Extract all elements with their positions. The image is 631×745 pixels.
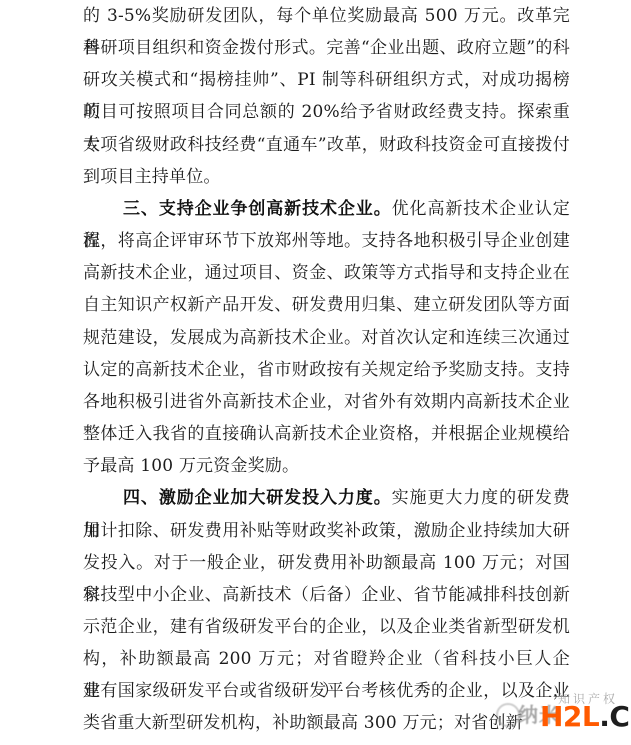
- text-line: 科研项目组织和资金拨付形式。完善“企业出题、政府立题”的科: [83, 32, 570, 64]
- text-line: 发投入。对于一般企业，研发费用补助额最高 100 万元；对国家: [83, 547, 570, 579]
- section-heading: 三、支持企业争创高新技术企业。: [123, 199, 392, 219]
- text-line: 三、支持企业争创高新技术企业。优化高新技术企业认定流: [83, 193, 570, 225]
- text-line: 予最高 100 万元资金奖励。: [83, 450, 570, 482]
- text-line: 专项省级财政科技经费“直通车”改革，财政科技资金可直接拨付: [83, 129, 570, 161]
- text-line: 研攻关模式和“揭榜挂帅”、PI 制等科研组织方式，对成功揭榜的: [83, 64, 570, 96]
- text-line: 各地积极引进省外高新技术企业，对省外有效期内高新技术企业: [83, 386, 570, 418]
- watermark-faint-text: 知识产权: [558, 690, 618, 707]
- watermark: 纳米 知识产权 H2L.CN: [494, 693, 631, 741]
- text-line: 高新技术企业，通过项目、资金、政策等方式指导和支持企业在: [83, 257, 570, 289]
- text-line: 科技型中小企业、高新技术（后备）企业、省节能减排科技创新: [83, 579, 570, 611]
- text-line: 自主知识产权新产品开发、研发费用归集、建立研发团队等方面: [83, 289, 570, 321]
- text-line: 程，将高企评审环节下放郑州等地。支持各地积极引导企业创建: [83, 225, 570, 257]
- text-line: 认定的高新技术企业，省市财政按有关规定给予奖励支持。支持: [83, 354, 570, 386]
- document-page: 的 3-5%奖励研发团队，每个单位奖励最高 500 万元。改革完善 科研项目组织…: [0, 0, 631, 745]
- document-text: 的 3-5%奖励研发团队，每个单位奖励最高 500 万元。改革完善 科研项目组织…: [83, 0, 570, 740]
- text-line: 构，补助额最高 200 万元；对省瞪羚企业（省科技小巨人企业），: [83, 643, 570, 675]
- watermark-logo-circle-icon: [496, 703, 520, 727]
- text-line: 规范建设，发展成为高新技术企业。对首次认定和连续三次通过: [83, 322, 570, 354]
- section-heading: 四、激励企业加大研发投入力度。: [123, 488, 392, 508]
- text-line: 示范企业，建有省级研发平台的企业，以及企业类省新型研发机: [83, 611, 570, 643]
- text-line: 到项目主持单位。: [83, 161, 570, 193]
- text-line: 项目可按照项目合同总额的 20%给予省财政经费支持。探索重大: [83, 96, 570, 128]
- text-line: 四、激励企业加大研发投入力度。实施更大力度的研发费用: [83, 482, 570, 514]
- text-line: 整体迁入我省的直接确认高新技术企业资格，并根据企业规模给: [83, 418, 570, 450]
- text-line: 加计扣除、研发费用补贴等财政奖补政策，激励企业持续加大研: [83, 515, 570, 547]
- text-line: 的 3-5%奖励研发团队，每个单位奖励最高 500 万元。改革完善: [83, 0, 570, 32]
